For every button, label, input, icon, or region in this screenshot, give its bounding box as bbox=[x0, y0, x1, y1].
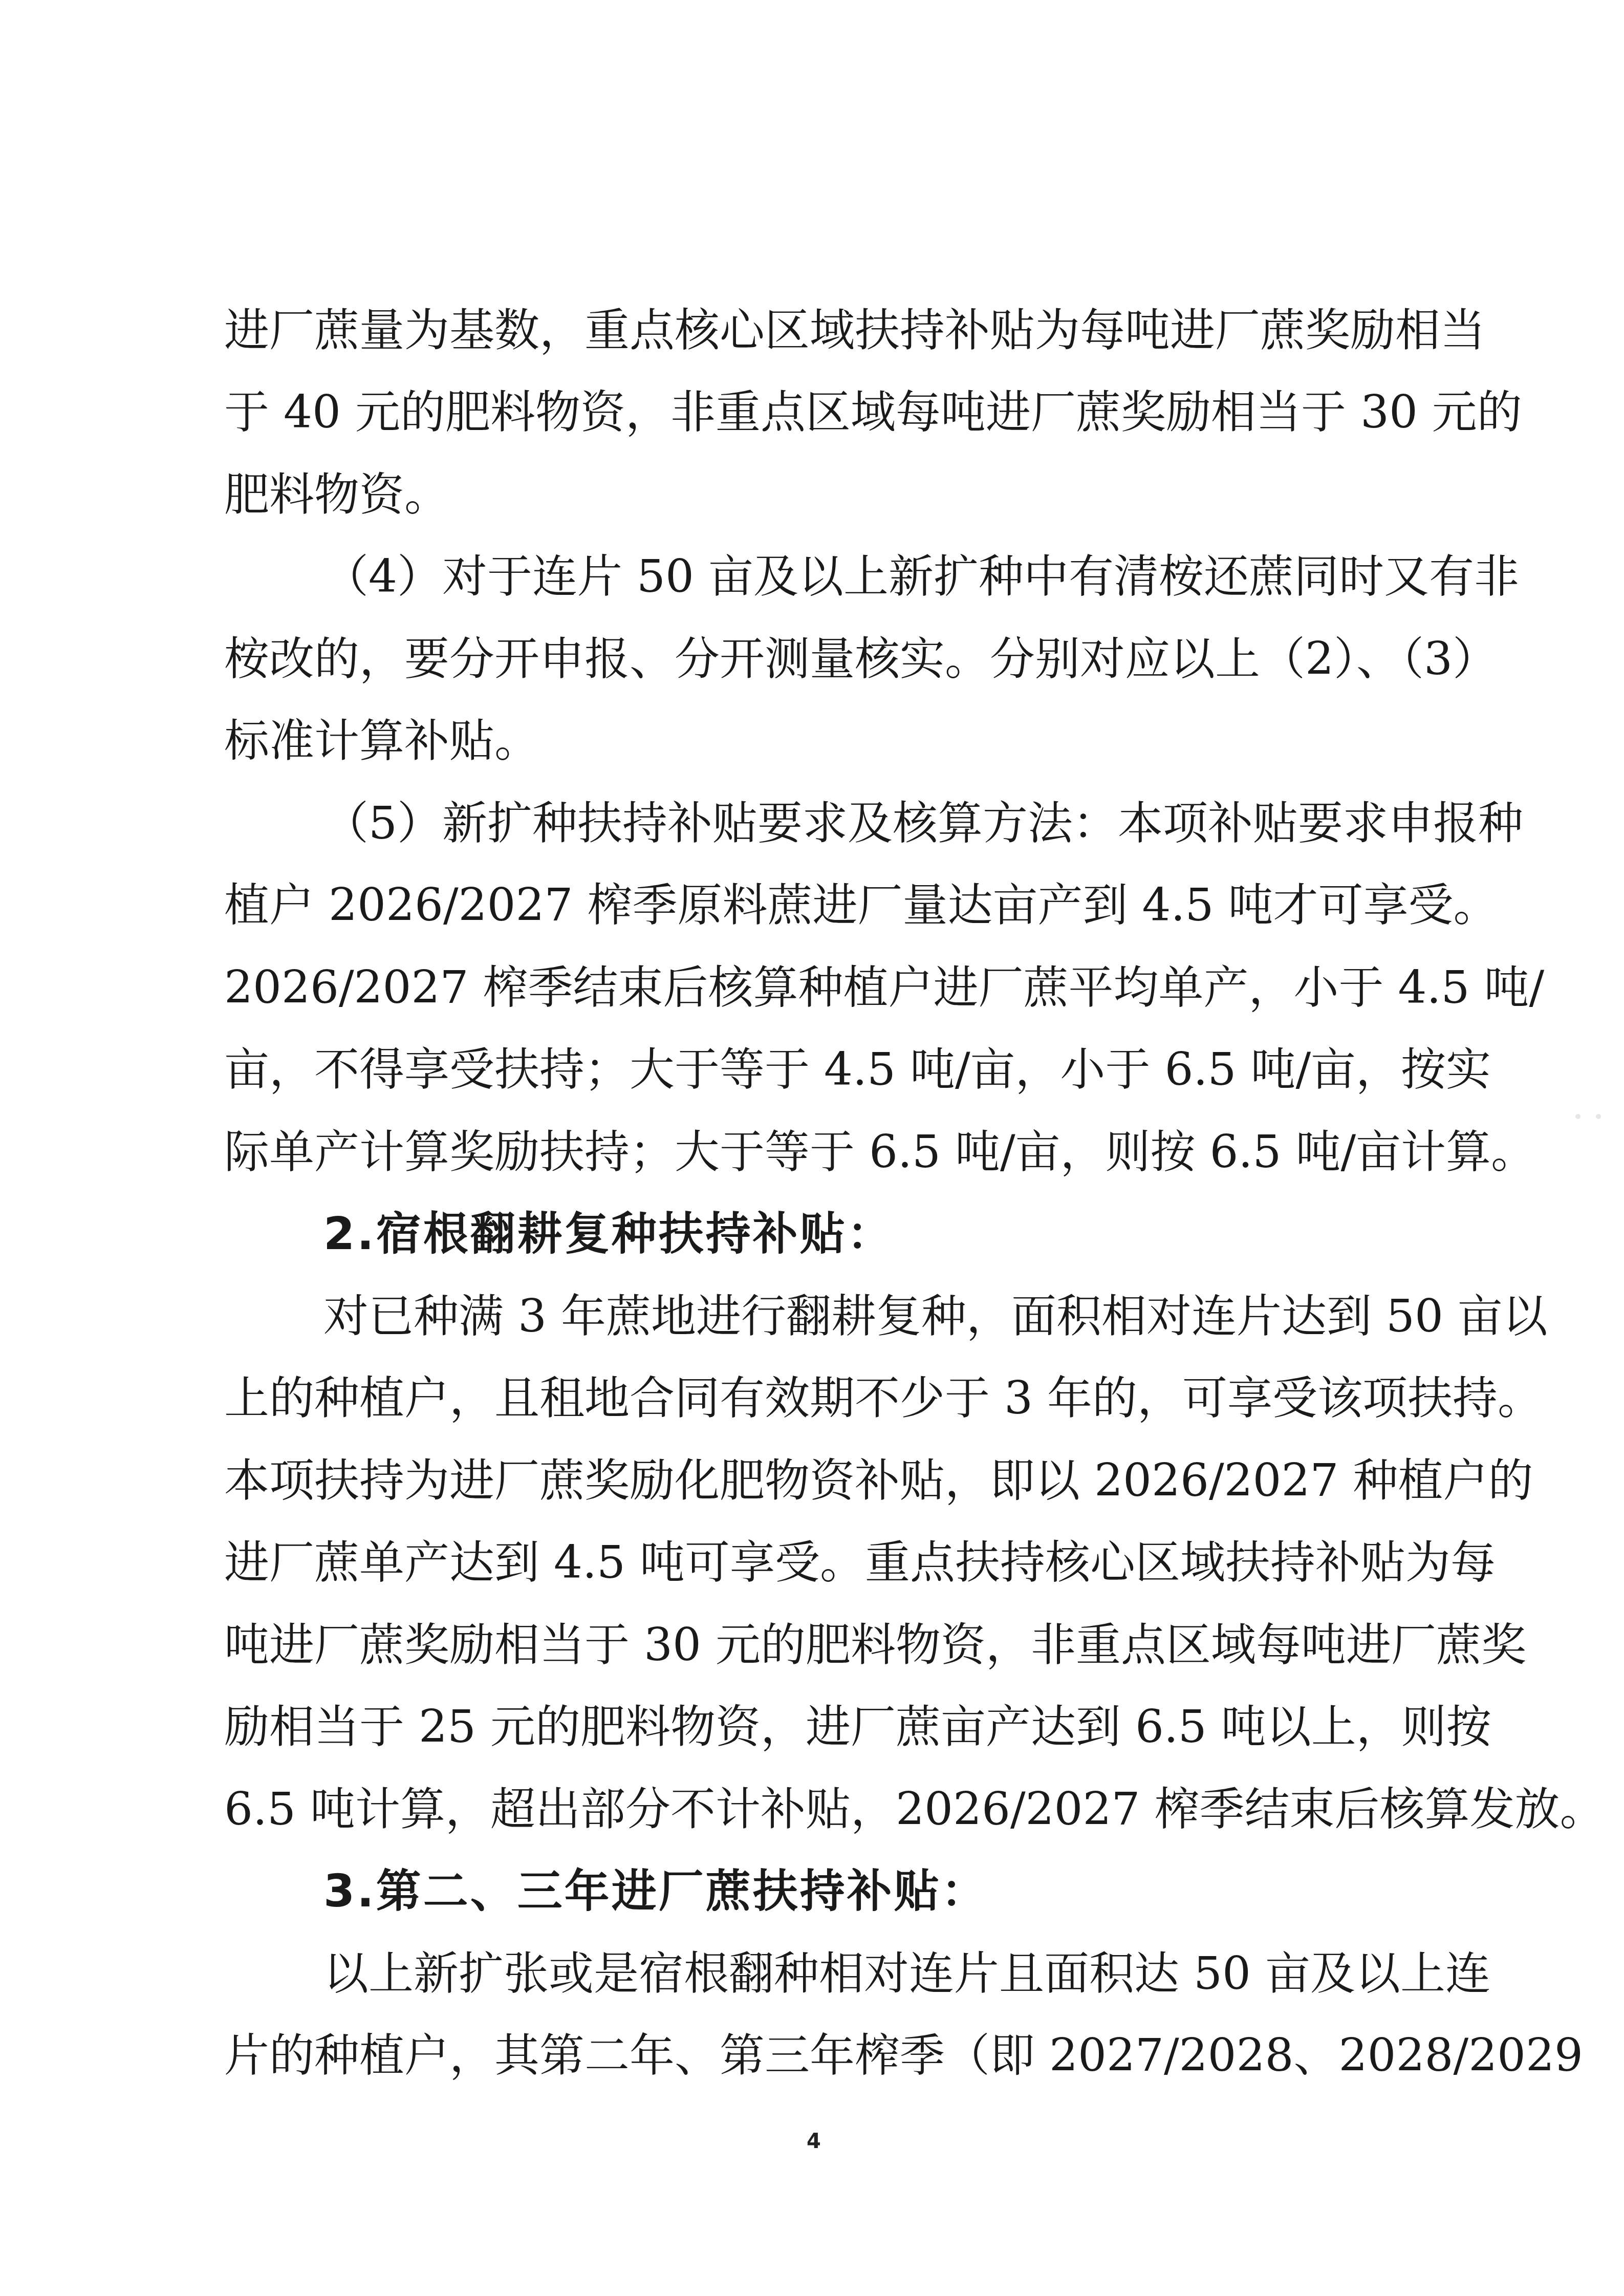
paragraph-line: 进厂蔗量为基数，重点核心区域扶持补贴为每吨进厂蔗奖励相当 bbox=[224, 299, 1442, 361]
paragraph-line: 本项扶持为进厂蔗奖励化肥物资补贴，即以 2026/2027 种植户的 bbox=[224, 1450, 1442, 1511]
paragraph-line: 肥料物资。 bbox=[224, 464, 1442, 525]
paragraph-line: 上的种植户，且租地合同有效期不少于 3 年的，可享受该项扶持。 bbox=[224, 1367, 1442, 1429]
page-number: 4 bbox=[798, 2130, 829, 2153]
scan-artifact bbox=[1596, 1114, 1601, 1119]
paragraph-line: 际单产计算奖励扶持；大于等于 6.5 吨/亩，则按 6.5 吨/亩计算。 bbox=[224, 1121, 1442, 1183]
paragraph-line: 桉改的，要分开申报、分开测量核实。分别对应以上（2）、（3） bbox=[224, 628, 1442, 690]
paragraph-line: 植户 2026/2027 榨季原料蔗进厂量达亩产到 4.5 吨才可享受。 bbox=[224, 874, 1442, 936]
paragraph-line: 以上新扩张或是宿根翻种相对连片且面积达 50 亩及以上连 bbox=[323, 1943, 1442, 2004]
document-page: 进厂蔗量为基数，重点核心区域扶持补贴为每吨进厂蔗奖励相当 于 40 元的肥料物资… bbox=[0, 0, 1624, 2296]
paragraph-line: 励相当于 25 元的肥料物资，进厂蔗亩产达到 6.5 吨以上，则按 bbox=[224, 1696, 1442, 1757]
paragraph-line: 片的种植户，其第二年、第三年榨季（即 2027/2028、2028/2029 bbox=[224, 2025, 1442, 2086]
paragraph-line: 进厂蔗单产达到 4.5 吨可享受。重点扶持核心区域扶持补贴为每 bbox=[224, 1532, 1442, 1593]
paragraph-line: 6.5 吨计算，超出部分不计补贴，2026/2027 榨季结束后核算发放。 bbox=[224, 1778, 1442, 1840]
section-heading: 2.宿根翻耕复种扶持补贴： bbox=[323, 1203, 1442, 1264]
paragraph-line: 对已种满 3 年蔗地进行翻耕复种，面积相对连片达到 50 亩以 bbox=[323, 1285, 1442, 1347]
scan-artifact bbox=[1575, 1114, 1580, 1119]
paragraph-line: （5）新扩种扶持补贴要求及核算方法：本项补贴要求申报种 bbox=[323, 792, 1442, 854]
paragraph-line: 吨进厂蔗奖励相当于 30 元的肥料物资，非重点区域每吨进厂蔗奖 bbox=[224, 1614, 1442, 1676]
paragraph-line: （4）对于连片 50 亩及以上新扩种中有清桉还蔗同时又有非 bbox=[323, 546, 1442, 607]
paragraph-line: 标准计算补贴。 bbox=[224, 710, 1442, 771]
paragraph-line: 2026/2027 榨季结束后核算种植户进厂蔗平均单产，小于 4.5 吨/ bbox=[224, 957, 1442, 1018]
paragraph-line: 亩，不得享受扶持；大于等于 4.5 吨/亩，小于 6.5 吨/亩，按实 bbox=[224, 1039, 1442, 1100]
section-heading: 3.第二、三年进厂蔗扶持补贴： bbox=[323, 1860, 1442, 1922]
paragraph-line: 于 40 元的肥料物资，非重点区域每吨进厂蔗奖励相当于 30 元的 bbox=[224, 381, 1442, 443]
